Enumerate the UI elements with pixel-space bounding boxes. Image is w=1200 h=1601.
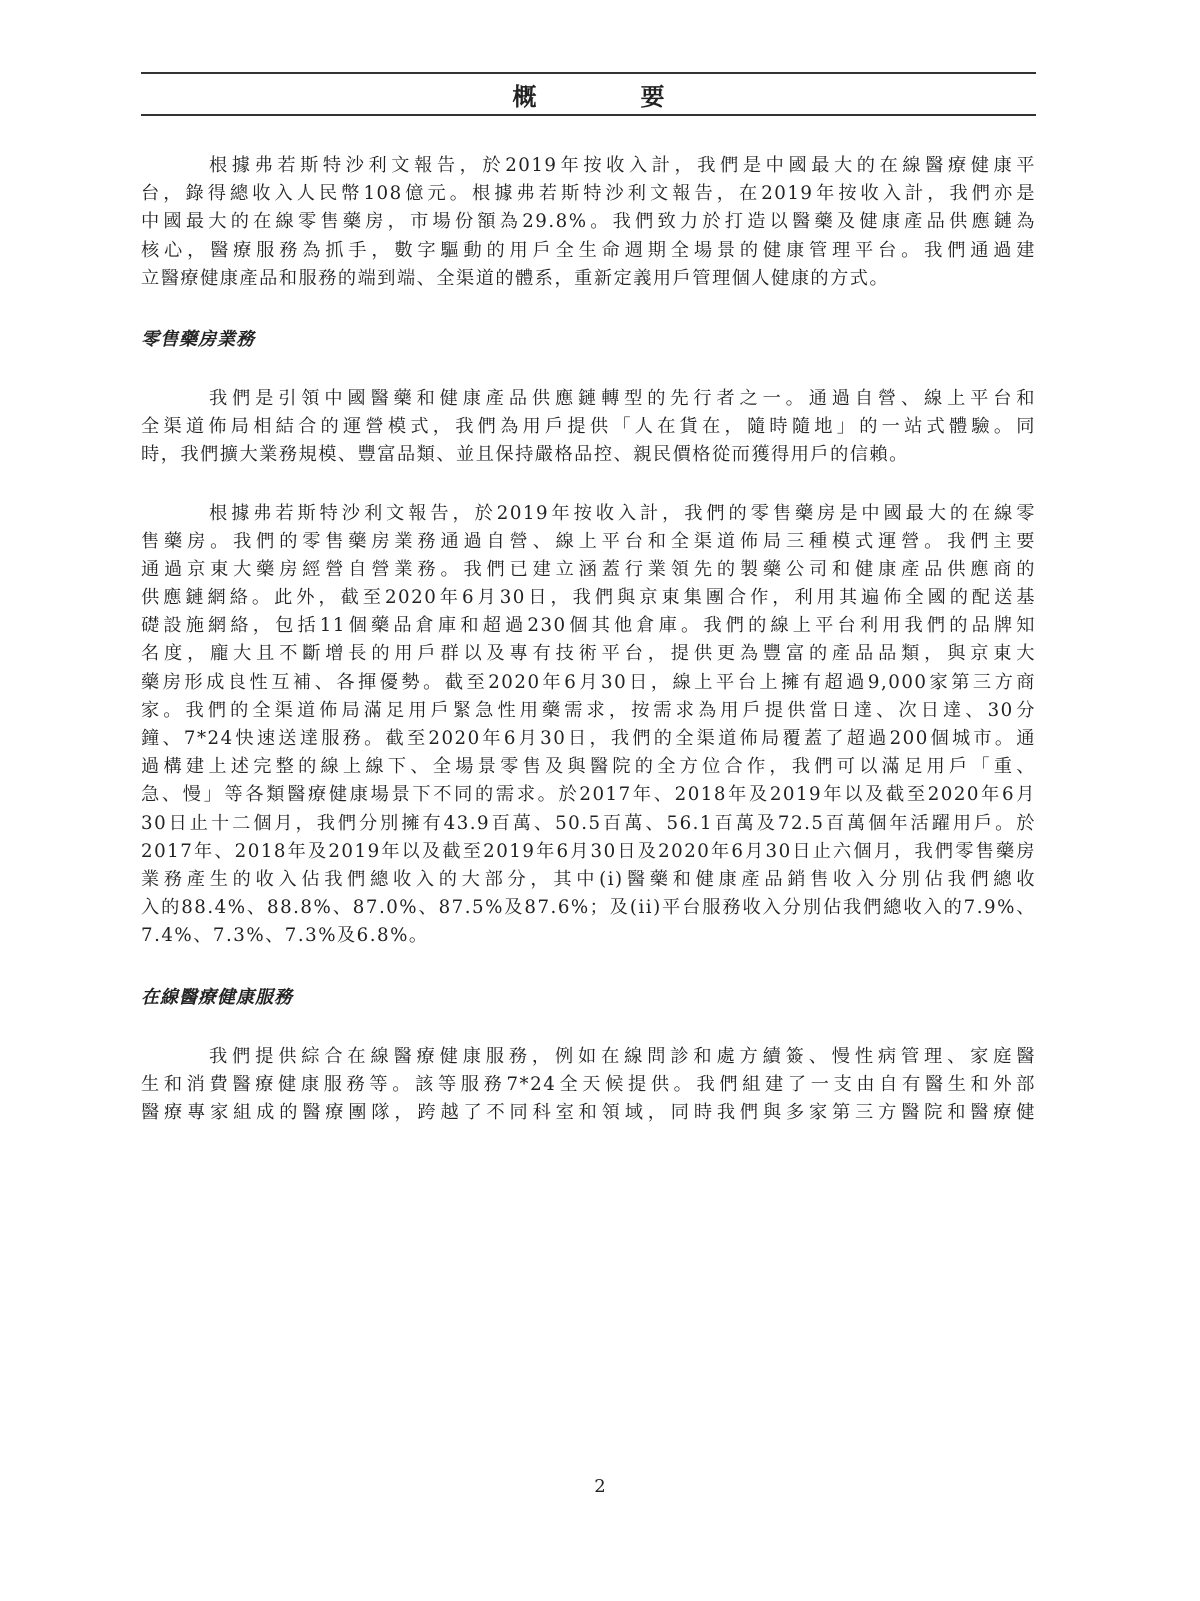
text-line: 核心，醫療服務為抓手，數字驅動的用戶全生命週期全場景的健康管理平台。我們通過建 (141, 237, 1036, 265)
text-line: 急、慢」等各類醫療健康場景下不同的需求。於2017年、2018年及2019年以及… (141, 781, 1036, 809)
document-page: 概 要 根據弗若斯特沙利文報告，於2019年按收入計，我們是中國最大的在線醫療健… (141, 72, 1036, 1127)
text-line: 台，錄得總收入人民幣108億元。根據弗若斯特沙利文報告，在2019年按收入計，我… (141, 180, 1036, 208)
text-line: 7.4%、7.3%、7.3%及6.8%。 (141, 922, 1036, 950)
intro-paragraph: 根據弗若斯特沙利文報告，於2019年按收入計，我們是中國最大的在線醫療健康平 台… (141, 152, 1036, 293)
text-line: 全渠道佈局相結合的運營模式，我們為用戶提供「人在貨在，隨時隨地」的一站式體驗。同 (141, 413, 1036, 441)
text-line: 我們提供綜合在線醫療健康服務，例如在線問診和處方續簽、慢性病管理、家庭醫 (141, 1043, 1036, 1071)
text-line: 時，我們擴大業務規模、豐富品類、並且保持嚴格品控、親民價格從而獲得用戶的信賴。 (141, 441, 1036, 469)
text-line: 中國最大的在線零售藥房，市場份額為29.8%。我們致力於打造以醫藥及健康產品供應… (141, 208, 1036, 236)
retail-paragraph-1: 我們是引領中國醫藥和健康產品供應鏈轉型的先行者之一。通過自營、線上平台和 全渠道… (141, 385, 1036, 470)
text-line: 根據弗若斯特沙利文報告，於2019年按收入計，我們的零售藥房是中國最大的在線零 (141, 500, 1036, 528)
text-line: 2017年、2018年及2019年以及截至2019年6月30日及2020年6月3… (141, 838, 1036, 866)
text-line: 鐘、7*24快速送達服務。截至2020年6月30日，我們的全渠道佈局覆蓋了超過2… (141, 725, 1036, 753)
text-line: 過構建上述完整的線上線下、全場景零售及與醫院的全方位合作，我們可以滿足用戶「重、 (141, 753, 1036, 781)
page-title: 概 要 (513, 77, 705, 112)
section-heading-retail-pharmacy: 零售藥房業務 (141, 325, 1036, 355)
text-line: 通過京東大藥房經營自營業務。我們已建立涵蓋行業領先的製藥公司和健康產品供應商的 (141, 556, 1036, 584)
text-line: 醫療專家組成的醫療團隊，跨越了不同科室和領域，同時我們與多家第三方醫院和醫療健 (141, 1099, 1036, 1127)
text-line: 入的88.4%、88.8%、87.0%、87.5%及87.6%；及(ii)平台服… (141, 894, 1036, 922)
section-heading-online-healthcare: 在線醫療健康服務 (141, 983, 1036, 1013)
online-paragraph-1: 我們提供綜合在線醫療健康服務，例如在線問診和處方續簽、慢性病管理、家庭醫 生和消… (141, 1043, 1036, 1128)
text-line: 家。我們的全渠道佈局滿足用戶緊急性用藥需求，按需求為用戶提供當日達、次日達、30… (141, 697, 1036, 725)
text-line: 根據弗若斯特沙利文報告，於2019年按收入計，我們是中國最大的在線醫療健康平 (141, 152, 1036, 180)
text-line: 售藥房。我們的零售藥房業務通過自營、線上平台和全渠道佈局三種模式運營。我們主要 (141, 528, 1036, 556)
text-line: 業務產生的收入佔我們總收入的大部分，其中(i)醫藥和健康產品銷售收入分別佔我們總… (141, 866, 1036, 894)
text-line: 立醫療健康產品和服務的端到端、全渠道的體系，重新定義用戶管理個人健康的方式。 (141, 265, 1036, 293)
text-line: 名度，龐大且不斷增長的用戶群以及專有技術平台，提供更為豐富的產品品類，與京東大 (141, 640, 1036, 668)
text-line: 礎設施網絡，包括11個藥品倉庫和超過230個其他倉庫。我們的線上平台利用我們的品… (141, 612, 1036, 640)
text-line: 藥房形成良性互補、各揮優勢。截至2020年6月30日，線上平台上擁有超過9,00… (141, 669, 1036, 697)
text-line: 30日止十二個月，我們分別擁有43.9百萬、50.5百萬、56.1百萬及72.5… (141, 810, 1036, 838)
text-line: 供應鏈網絡。此外，截至2020年6月30日，我們與京東集團合作，利用其遍佈全國的… (141, 584, 1036, 612)
text-line: 生和消費醫療健康服務等。該等服務7*24全天候提供。我們組建了一支由自有醫生和外… (141, 1071, 1036, 1099)
text-line: 我們是引領中國醫藥和健康產品供應鏈轉型的先行者之一。通過自營、線上平台和 (141, 385, 1036, 413)
title-bar: 概 要 (141, 72, 1036, 116)
page-number: 2 (0, 1476, 1200, 1497)
retail-paragraph-2: 根據弗若斯特沙利文報告，於2019年按收入計，我們的零售藥房是中國最大的在線零 … (141, 500, 1036, 951)
